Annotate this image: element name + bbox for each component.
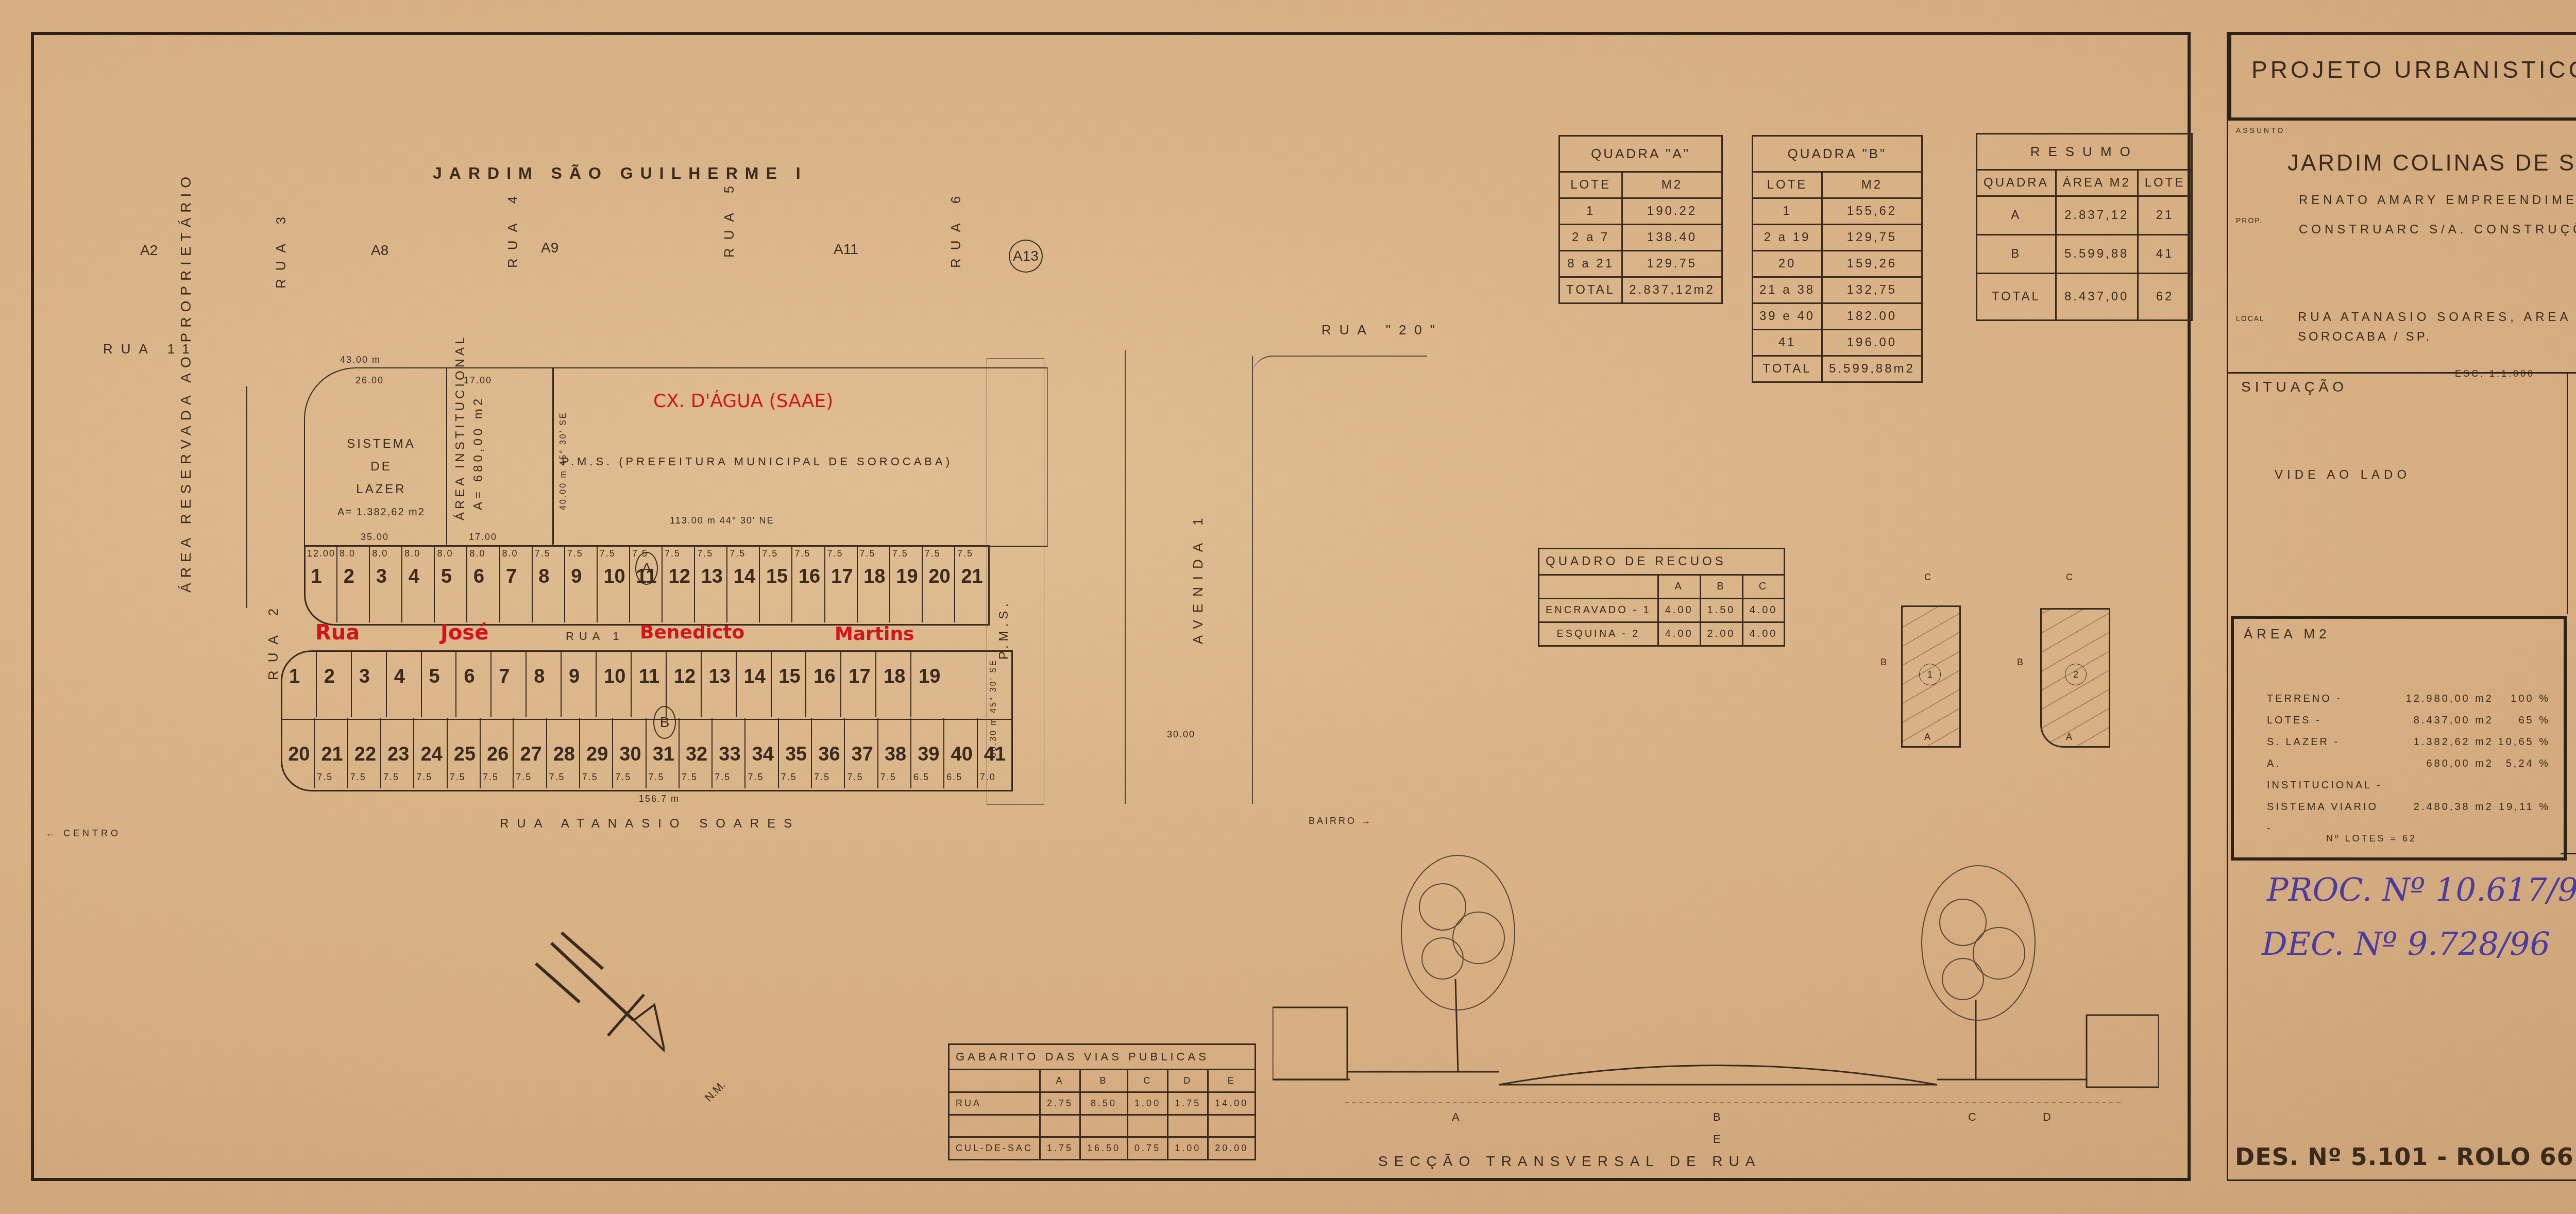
lot-divider [666, 650, 667, 717]
lot-divider [977, 718, 978, 788]
recuos-header-a: A [1658, 575, 1700, 599]
table-cell: CUL-DE-SAC [949, 1137, 1040, 1160]
lot-divider [771, 650, 772, 717]
table-cell: 14.00 [1208, 1092, 1256, 1115]
area-row-value: 12.980,00 m2 [2385, 688, 2494, 710]
diagram-2-label-c: C [2066, 572, 2073, 583]
table-cell: 138.40 [1622, 225, 1722, 251]
arrow-right-icon: → [1361, 816, 1372, 826]
lot-divider [564, 545, 565, 622]
section-label-e: E [1713, 1133, 1721, 1146]
area-row-label: LOTES - [2267, 710, 2385, 731]
lot-number: 32 [686, 744, 707, 766]
table-cell: 16.50 [1080, 1137, 1128, 1160]
diagram-2-number: 2 [2065, 664, 2087, 685]
gabarito-header-c: C [1128, 1070, 1168, 1092]
pms-block-label: P.M.S. (PREFEITURA MUNICIPAL DE SOROCABA… [562, 455, 953, 468]
table-cell: 39 e 40 [1753, 303, 1822, 330]
table-cell-empty [1208, 1115, 1256, 1137]
quadra-b-table: QUADRA "B" LOTE M2 1155,62 2 a 19129,75 … [1752, 135, 1923, 383]
lot-divider [455, 650, 456, 717]
lot-number: 11 [636, 566, 657, 588]
lot-number: 23 [387, 744, 409, 766]
lot-divider [778, 718, 779, 788]
street-avenida-1: AVENIDA 1 [1190, 511, 1206, 644]
lot-divider [351, 650, 352, 717]
lot-number: 12 [669, 566, 690, 588]
lot-divider [844, 718, 845, 788]
table-cell: 1.75 [1040, 1137, 1080, 1160]
area-label-a13: A13 [1009, 240, 1043, 273]
lot-number: 30 [619, 744, 641, 766]
gabarito-header-d: D [1168, 1070, 1208, 1092]
lot-divider [466, 545, 467, 622]
lot-divider [922, 545, 923, 622]
lot-width: 7.5 [615, 772, 631, 783]
lot-divider [910, 650, 911, 717]
lot-divider [316, 650, 317, 717]
table-cell: 190.22 [1622, 198, 1722, 225]
gabarito-header-b: B [1080, 1070, 1128, 1092]
table-cell: 21 a 38 [1753, 277, 1822, 303]
lot-width: 7.5 [582, 772, 598, 783]
lot-divider [791, 545, 792, 622]
lot-width: 7.5 [762, 548, 778, 559]
lot-number: 1 [289, 666, 300, 688]
rua-2-segment [246, 386, 247, 608]
section-label-d: D [2043, 1110, 2051, 1124]
lot-number: 31 [653, 744, 674, 766]
resumo-header-area: ÁREA M2 [2056, 170, 2138, 196]
lot-number: 21 [321, 744, 343, 766]
area-row-value: 8.437,00 m2 [2385, 710, 2494, 731]
lot-width: 8.0 [469, 548, 485, 559]
lot-number: 6 [473, 566, 484, 588]
project-title: PROJETO URBANISTICO [2251, 56, 2576, 83]
quadra-a-header-m2: M2 [1622, 172, 1722, 198]
lazer-line-1: SISTEMA [325, 433, 438, 456]
area-row: S. LAZER -1.382,62 m210,65 % [2267, 731, 2550, 753]
lot-width: 7.5 [892, 548, 908, 559]
table-cell: 0.75 [1128, 1137, 1168, 1160]
street-rua-5: RUA 5 [721, 178, 737, 258]
lot-width: 7.5 [317, 772, 333, 783]
area-row: TERRENO -12.980,00 m2100 % [2267, 688, 2550, 710]
sistema-lazer-block: SISTEMA DE LAZER A= 1.382,62 m2 [325, 433, 438, 524]
table-cell: 8.50 [1080, 1092, 1128, 1115]
lot-number: 16 [799, 566, 820, 588]
area-institucional-area: A= 680,00 m2 [471, 396, 486, 510]
dim-inst-width: 17.00 [464, 375, 492, 386]
lot-divider [811, 718, 812, 788]
street-typed-rua: RUA 1 [566, 630, 624, 643]
area-row-value: 680,00 m2 [2385, 753, 2494, 796]
quadra-a-header-lote: LOTE [1560, 172, 1622, 198]
prop-label: PROP. [2236, 216, 2263, 225]
institucional-pms-divider [552, 367, 554, 545]
lot-divider [336, 545, 337, 622]
table-cell: 4.00 [1658, 599, 1700, 622]
table-cell: 2.75 [1040, 1092, 1080, 1115]
area-row-pct: 65 % [2494, 710, 2550, 731]
area-row-label: A. INSTITUCIONAL - [2267, 753, 2385, 796]
lot-divider [744, 718, 745, 788]
lot-number: 37 [852, 744, 873, 766]
situacao-divider [2228, 372, 2576, 374]
lot-number: 5 [441, 566, 452, 588]
table-cell-empty [1128, 1115, 1168, 1137]
lot-number: 13 [709, 666, 731, 688]
lot-number: 4 [394, 666, 405, 688]
resumo-title: RESUMO [1977, 134, 2192, 170]
lazer-area: A= 1.382,62 m2 [325, 501, 438, 524]
table-cell: 8 a 21 [1560, 251, 1622, 277]
lot-width: 7.5 [516, 772, 532, 783]
lot-divider [546, 718, 547, 788]
table-cell: ESQUINA - 2 [1539, 622, 1658, 646]
lot-divider [805, 650, 806, 717]
lot-number: 39 [918, 744, 939, 766]
area-row-pct: 10,65 % [2494, 731, 2550, 753]
lot-divider [875, 650, 876, 717]
situacao-text: VIDE AO LADO [2275, 468, 2411, 482]
lot-divider [612, 718, 613, 788]
lot-width: 7.5 [957, 548, 973, 559]
recuo-diagram-1: C B A 1 [1880, 562, 1963, 747]
lot-count: Nº LOTES = 62 [2326, 833, 2417, 844]
lot-number: 29 [586, 744, 608, 766]
area-row-pct: 5,24 % [2494, 753, 2550, 796]
lot-divider [413, 718, 414, 788]
lot-number: 8 [538, 566, 549, 588]
avenida-left-edge [1125, 350, 1126, 804]
lot-number: 33 [719, 744, 740, 766]
lot-number: 9 [569, 666, 580, 688]
lot-number: 10 [603, 566, 625, 588]
lot-divider [629, 545, 630, 622]
lot-number: 15 [778, 666, 800, 688]
table-cell: 8.437,00 [2056, 274, 2138, 321]
table-cell: 2 a 19 [1753, 225, 1822, 251]
table-cell: 155,62 [1822, 198, 1922, 225]
lot-divider [889, 545, 890, 622]
dim-quadra-a-front: 113.00 m 44° 30' NE [670, 515, 774, 526]
table-cell: TOTAL [1560, 277, 1622, 303]
lot-divider [694, 545, 695, 622]
bairro-label: BAIRRO [1309, 816, 1357, 826]
lot-number: 40 [951, 744, 973, 766]
table-cell: 129,75 [1822, 225, 1922, 251]
lot-width: 7.5 [567, 548, 583, 559]
lot-divider [943, 718, 944, 788]
lot-divider [711, 718, 713, 788]
area-row-label: TERRENO - [2267, 688, 2385, 710]
table-cell: ENCRAVADO - 1 [1539, 599, 1658, 622]
lot-number: 10 [604, 666, 625, 688]
lot-width: 7.5 [649, 772, 665, 783]
quadra-b-header-lote: LOTE [1753, 172, 1822, 198]
lot-number: 6 [464, 666, 474, 688]
lot-number: 19 [919, 666, 940, 688]
lot-divider [824, 545, 825, 622]
section-label-b: B [1713, 1110, 1721, 1124]
dim-lazer-width: 26.00 [355, 375, 384, 386]
street-rua-atanasio: RUA ATANASIO SOARES [500, 817, 800, 831]
lot-width: 8.0 [340, 548, 355, 559]
street-section-drawing [1273, 845, 2159, 1113]
bairro-arrow-top: BAIRRO → [1309, 816, 1372, 827]
lot-width: 7.5 [632, 548, 648, 559]
lot-number: 26 [487, 744, 509, 766]
lazer-line-3: LAZER [325, 478, 438, 501]
lower-divider [2561, 853, 2576, 854]
table-cell-empty [1040, 1115, 1080, 1137]
area-institucional-label: ÁREA INSTITUCIONAL [453, 334, 468, 520]
table-cell: 41 [2138, 235, 2192, 274]
gabarito-header-e: E [1208, 1070, 1256, 1092]
lot-divider [910, 718, 911, 788]
lot-width: 7.5 [682, 772, 698, 783]
dim-top-width: 43.00 m [340, 355, 381, 365]
lot-width: 7.5 [535, 548, 551, 559]
area-label-a9: A9 [541, 240, 558, 256]
lot-number: 36 [818, 744, 840, 766]
lot-number: 25 [454, 744, 476, 766]
quadra-a-table: QUADRA "A" LOTE M2 1190.22 2 a 7138.40 8… [1558, 135, 1723, 304]
resumo-header-quadra: QUADRA [1977, 170, 2056, 196]
situacao-col-divider [2567, 372, 2568, 614]
lot-number: 15 [766, 566, 788, 588]
table-cell: 62 [2138, 274, 2192, 321]
lot-width: 7.5 [697, 548, 713, 559]
lot-number: 14 [744, 666, 766, 688]
recuos-header-blank [1539, 575, 1658, 599]
lot-number: 7 [499, 666, 510, 688]
table-cell: 1.00 [1168, 1137, 1208, 1160]
lot-number: 24 [420, 744, 442, 766]
quadra-b-header-m2: M2 [1822, 172, 1922, 198]
table-cell: 1 [1560, 198, 1622, 225]
assunto-value: JARDIM COLINAS DE SÃO GUILHERME [2287, 150, 2576, 176]
lazer-institucional-divider [446, 367, 447, 545]
lot-width: 7.5 [416, 772, 432, 783]
diagram-1-number: 1 [1919, 664, 1941, 685]
lot-divider [532, 545, 533, 622]
gabarito-header-blank [949, 1070, 1040, 1092]
lot-width: 7.5 [665, 548, 681, 559]
lot-number: 4 [409, 566, 419, 588]
table-cell: 132,75 [1822, 277, 1922, 303]
area-row: LOTES -8.437,00 m265 % [2267, 710, 2550, 731]
lot-width: 7.5 [880, 772, 896, 783]
lot-width: 7.5 [847, 772, 863, 783]
area-row-label: S. LAZER - [2267, 731, 2385, 753]
pms-block-outline [987, 358, 1044, 805]
table-cell: 20.00 [1208, 1137, 1256, 1160]
lot-divider [513, 718, 514, 788]
lot-width: 7.5 [600, 548, 616, 559]
lot-divider [596, 650, 597, 717]
table-cell: 5.599,88m2 [1822, 356, 1922, 382]
resumo-table: RESUMO QUADRA ÁREA M2 LOTE A2.837,1221 B… [1976, 133, 2193, 321]
lot-divider [631, 650, 632, 717]
reserved-area-label: ÁREA RESERVADA AO PROPRIETÁRIO [178, 172, 194, 593]
table-cell: 196.00 [1822, 330, 1922, 356]
table-cell: TOTAL [1977, 274, 2056, 321]
avenida-lower-block [1252, 356, 1427, 805]
lot-divider [759, 545, 760, 622]
table-cell: A [1977, 196, 2056, 235]
lot-number: 13 [701, 566, 723, 588]
lot-number: 16 [814, 666, 835, 688]
table-cell: 2.00 [1700, 622, 1742, 646]
neighborhood-label: JARDIM SÃO GUILHERME I [433, 164, 808, 183]
lot-number: 8 [534, 666, 545, 688]
gabarito-table: GABARITO DAS VIAS PUBLICAS A B C D E RUA… [948, 1043, 1256, 1160]
lot-divider [421, 650, 422, 717]
area-label-a11: A11 [834, 241, 858, 258]
dim-quadra-b-front: 156.7 m [639, 794, 680, 804]
situacao-label: SITUAÇÃO [2241, 379, 2348, 395]
lot-number: 5 [429, 666, 440, 688]
table-cell: 2 a 7 [1560, 225, 1622, 251]
lot-number: 17 [831, 566, 853, 588]
table-cell: 4.00 [1658, 622, 1700, 646]
diagram-1-label-b: B [1880, 657, 1887, 668]
lot-divider [701, 650, 702, 717]
street-rua-2: RUA 2 [265, 600, 281, 680]
lot-width: 8.0 [404, 548, 420, 559]
lot-divider [857, 545, 858, 622]
prop-line-2: CONSTRUARC S/A. CONSTRUÇÕES [2299, 223, 2576, 237]
lot-divider [480, 718, 481, 788]
lot-divider [447, 718, 448, 788]
lot-width: 7.5 [450, 772, 466, 783]
local-line-2: SOROCABA / SP. [2298, 330, 2432, 344]
lot-divider [597, 545, 598, 622]
table-cell-empty [949, 1115, 1040, 1137]
quadra-a-lots: 112.0028.038.048.058.068.078.087.597.510… [304, 545, 987, 622]
lot-number: 12 [674, 666, 696, 688]
local-label: LOCAL [2236, 314, 2265, 323]
drawing-number: DES. Nº 5.101 - ROLO 66 [2235, 1143, 2574, 1171]
street-rua-6: RUA 6 [948, 188, 964, 268]
lot-divider [386, 650, 387, 717]
lot-divider [662, 545, 663, 622]
lot-width: 7.5 [350, 772, 366, 783]
table-cell-empty [1168, 1115, 1208, 1137]
quadra-b-top-lots: 12345678910111213141516171819 [281, 650, 1010, 717]
table-cell: 1.50 [1700, 599, 1742, 622]
lot-number: 38 [885, 744, 906, 766]
lot-number: 20 [288, 744, 310, 766]
lot-divider [679, 718, 680, 788]
table-cell: 5.599,88 [2056, 235, 2138, 274]
table-cell: 21 [2138, 196, 2192, 235]
table-cell: TOTAL [1753, 356, 1822, 382]
table-cell: RUA [949, 1092, 1040, 1115]
assunto-label: ASSUNTO: [2236, 126, 2289, 134]
centro-label: CENTRO [63, 828, 121, 838]
lot-width: 7.5 [860, 548, 876, 559]
table-cell: 159,26 [1822, 251, 1922, 277]
recuo-diagram-2: C B A 2 [2017, 562, 2099, 747]
lot-width: 7.5 [748, 772, 764, 783]
lot-number: 9 [571, 566, 582, 588]
table-cell: 2.837,12 [2056, 196, 2138, 235]
dim-lazer-bottom: 35.00 [361, 532, 389, 543]
quadra-b-title: QUADRA "B" [1753, 136, 1922, 172]
local-line-1: RUA ATANASIO SOARES, AREA "D" - BAIRRO I… [2298, 310, 2576, 325]
lot-width: 7.5 [781, 772, 797, 783]
arrow-left-icon: ← [45, 828, 58, 838]
lot-number: 20 [928, 566, 950, 588]
lot-number: 18 [863, 566, 885, 588]
area-rows: TERRENO -12.980,00 m2100 % LOTES -8.437,… [2267, 688, 2550, 839]
lot-divider [646, 718, 647, 788]
lot-divider [726, 545, 727, 622]
table-cell: 1.75 [1168, 1092, 1208, 1115]
lot-divider [840, 650, 841, 717]
lot-width: 7.5 [794, 548, 810, 559]
area-row-pct: 100 % [2494, 688, 2550, 710]
lot-number: 3 [376, 566, 387, 588]
section-title: SECÇÃO TRANSVERSAL DE RUA [1378, 1153, 1761, 1170]
lot-divider [736, 650, 737, 717]
area-row-pct: 19,11 % [2494, 796, 2550, 839]
dim-bearing-side: 40.00 m 45° 30' SE [559, 411, 568, 510]
quadra-a-title: QUADRA "A" [1560, 136, 1722, 172]
scale-label: ESC. 1:1.000 [2455, 368, 2535, 379]
section-label-c: C [1968, 1110, 1976, 1124]
section-label-a: A [1452, 1110, 1460, 1124]
street-rua-3: RUA 3 [273, 209, 289, 289]
prop-line-1: RENATO AMARY EMPREENDIMENTOS IMOBILIARIO… [2299, 193, 2576, 208]
table-cell: 129.75 [1622, 251, 1722, 277]
street-rua-20: RUA "20" [1321, 322, 1443, 338]
street-name-word-4: Martins [835, 623, 914, 645]
recuos-header-c: C [1742, 575, 1785, 599]
lot-number: 19 [896, 566, 918, 588]
lot-number: 2 [344, 566, 354, 588]
lot-divider [499, 545, 500, 622]
lot-width: 7.5 [925, 548, 941, 559]
table-cell: 2.837,12m2 [1622, 277, 1722, 303]
dim-avenida-width: 30.00 [1167, 729, 1195, 740]
table-cell: 41 [1753, 330, 1822, 356]
lot-width: 7.5 [730, 548, 745, 559]
lazer-line-2: DE [325, 456, 438, 478]
lot-number: 3 [359, 666, 370, 688]
lot-number: 34 [752, 744, 774, 766]
street-rua-4: RUA 4 [505, 188, 521, 268]
resumo-header-lote: LOTE [2138, 170, 2192, 196]
lot-width: 7.5 [827, 548, 843, 559]
lot-divider [369, 545, 370, 622]
water-tank-handwritten: CX. D'ÁGUA (SAAE) [653, 391, 833, 412]
lot-divider [380, 718, 381, 788]
table-cell: 20 [1753, 251, 1822, 277]
lot-number: 27 [520, 744, 541, 766]
proc-number-handwritten: PROC. Nº 10.617/95 [2267, 871, 2576, 908]
lot-width: 7.5 [483, 772, 499, 783]
lot-width: 8.0 [372, 548, 388, 559]
table-cell: 4.00 [1742, 622, 1785, 646]
street-name-word-3: Benedicto [640, 622, 744, 643]
lot-divider [954, 545, 955, 622]
lot-divider [434, 545, 435, 622]
table-cell: 182.00 [1822, 303, 1922, 330]
